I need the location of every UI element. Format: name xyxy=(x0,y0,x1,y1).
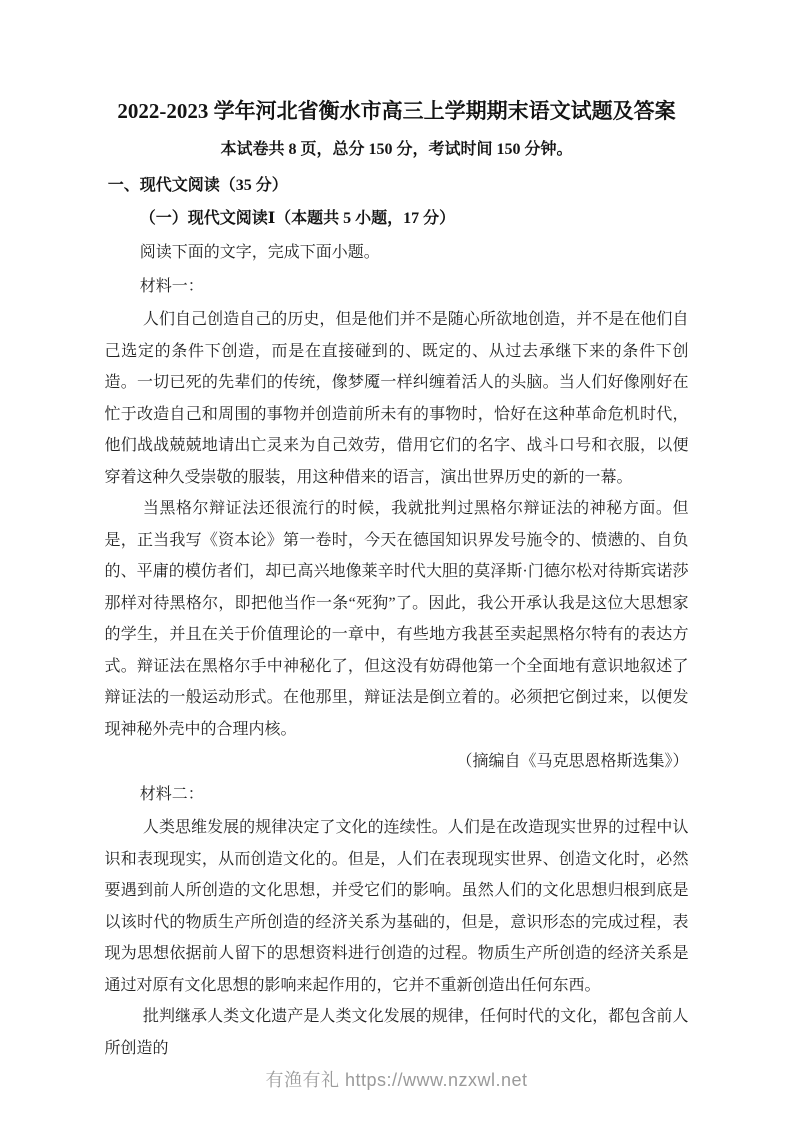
footer-watermark: 有渔有礼 https://www.nzxwl.net xyxy=(0,1066,793,1092)
section-heading-modern-reading: 一、现代文阅读（35 分） xyxy=(105,169,689,202)
page-title: 2022-2023 学年河北省衡水市高三上学期期末语文试题及答案 xyxy=(108,88,686,135)
source-attribution: （摘编自《马克思恩格斯选集》） xyxy=(105,745,689,778)
reading-instruction: 阅读下面的文字，完成下面小题。 xyxy=(105,236,689,270)
exam-info-subtitle: 本试卷共 8 页，总分 150 分，考试时间 150 分钟。 xyxy=(105,137,689,163)
material-2-label: 材料二： xyxy=(105,778,689,812)
material-1-paragraph-1: 人们自己创造自己的历史，但是他们并不是随心所欲地创造，并不是在他们自己选定的条件… xyxy=(105,304,689,493)
document-body: 2022-2023 学年河北省衡水市高三上学期期末语文试题及答案 本试卷共 8 … xyxy=(105,0,689,1064)
material-1-paragraph-2: 当黑格尔辩证法还很流行的时候，我就批判过黑格尔辩证法的神秘方面。但是，正当我写《… xyxy=(105,493,689,745)
subsection-heading-reading-1: （一）现代文阅读Ⅰ（本题共 5 小题，17 分） xyxy=(105,202,689,236)
exam-document-page: 2022-2023 学年河北省衡水市高三上学期期末语文试题及答案 本试卷共 8 … xyxy=(0,0,793,1122)
material-1-label: 材料一： xyxy=(105,270,689,304)
material-2-paragraph-2-truncated: 批判继承人类文化遗产是人类文化发展的规律，任何时代的文化，都包含前人所创造的 xyxy=(105,1001,689,1064)
material-2-paragraph-1: 人类思维发展的规律决定了文化的连续性。人们是在改造现实世界的过程中认识和表现现实… xyxy=(105,812,689,1001)
